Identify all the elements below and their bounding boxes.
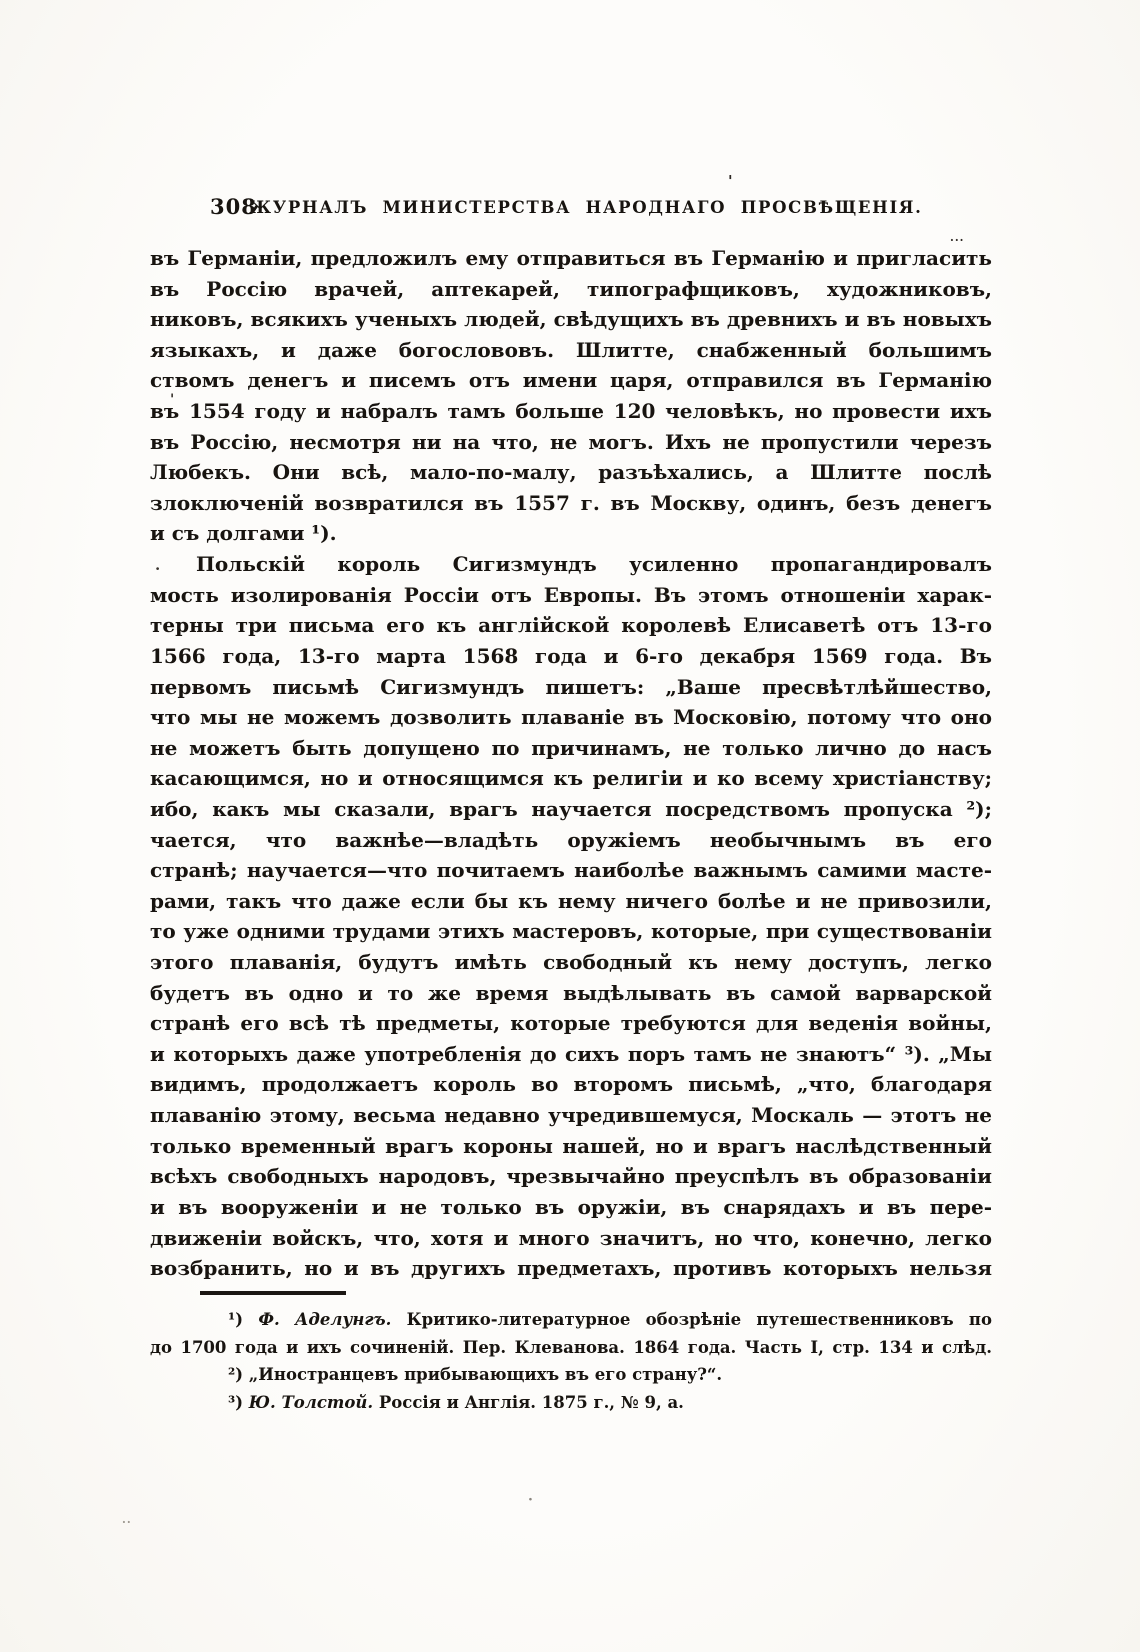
scan-artifact: ·· [122, 1516, 132, 1529]
text-line: терны три письма его къ англійской корол… [150, 610, 992, 641]
footnote-2: ²) „Иностранцевъ прибывающихъ въ его стр… [150, 1361, 992, 1389]
footnote-marker: ³) [228, 1393, 243, 1412]
text-line: языкахъ, и даже богослововъ. Шлитте, сна… [150, 335, 992, 366]
text-line: касающимся, но и относящимся къ религіи … [150, 763, 992, 794]
text-line: ибо, какъ мы сказали, врагъ научается по… [150, 794, 992, 825]
text-line: и которыхъ даже употребленія до сихъ пор… [150, 1039, 992, 1070]
text-line: будетъ въ одно и то же время выдѣлывать … [150, 978, 992, 1009]
text-line: движеніи войскъ, что, хотя и много значи… [150, 1223, 992, 1254]
text-line: не можетъ быть допущено по причинамъ, не… [150, 733, 992, 764]
text-line: рами, такъ что даже если бы къ нему ниче… [150, 886, 992, 917]
scan-artifact: ··· [950, 234, 965, 247]
paragraph-1: въ Германіи, предложилъ ему отправиться … [150, 243, 992, 549]
scan-artifact: . [155, 556, 160, 574]
scanned-book-page: { "page": { "number": "308", "journal_ti… [0, 0, 1140, 1652]
scan-artifact: ' [170, 392, 174, 408]
footnote-text: Россія и Англія. 1875 г., № 9, а. [379, 1393, 684, 1412]
text-line: первомъ письмѣ Сигизмундъ пишетъ: „Ваше … [150, 672, 992, 703]
text-line: плаванію этому, весьма недавно учредивше… [150, 1100, 992, 1131]
text-line: всѣхъ свободныхъ народовъ, чрезвычайно п… [150, 1161, 992, 1192]
text-line: странѣ его всѣ тѣ предметы, которые треб… [150, 1008, 992, 1039]
text-line: и съ долгами ¹). [150, 518, 992, 549]
body-text: въ Германіи, предложилъ ему отправиться … [150, 243, 992, 1284]
footnote-marker: ¹) [228, 1310, 243, 1329]
text-line: Польскій король Сигизмундъ усиленно проп… [150, 549, 992, 580]
text-line: видимъ, продолжаетъ король во второмъ пи… [150, 1069, 992, 1100]
text-line: въ Германіи, предложилъ ему отправиться … [150, 243, 992, 274]
footnotes: ¹) Ф. Аделунгъ. Критико-литературное обо… [150, 1306, 992, 1416]
text-line: только временный врагъ короны нашей, но … [150, 1131, 992, 1162]
footnote-separator [200, 1291, 346, 1295]
footnote-marker: ²) [228, 1365, 243, 1384]
journal-title: ЖУРНАЛЪ МИНИСТЕРСТВА НАРОДНАГО ПРОСВѢЩЕН… [180, 198, 992, 217]
text-line: и въ вооруженіи и не только въ оружіи, в… [150, 1192, 992, 1223]
footnote-1-line-1: ¹) Ф. Аделунгъ. Критико-литературное обо… [150, 1306, 992, 1334]
text-line: возбранить, но и въ другихъ предметахъ, … [150, 1253, 992, 1284]
text-line: этого плаванія, будутъ имѣть свободный к… [150, 947, 992, 978]
text-line: въ Россію, несмотря ни на что, не могъ. … [150, 427, 992, 458]
footnote-author: Ю. Толстой. [249, 1393, 373, 1412]
text-line: то уже одними трудами этихъ мастеровъ, к… [150, 916, 992, 947]
text-line: мость изолированія Россіи отъ Европы. Въ… [150, 580, 992, 611]
text-line: никовъ, всякихъ ученыхъ людей, свѣдущихъ… [150, 304, 992, 335]
scan-artifact: · [528, 1492, 533, 1508]
text-line: что мы не можемъ дозволить плаваніе въ М… [150, 702, 992, 733]
text-line: въ 1554 году и набралъ тамъ больше 120 ч… [150, 396, 992, 427]
scan-artifact: ' [728, 172, 733, 190]
text-line: ствомъ денегъ и писемъ отъ имени царя, о… [150, 365, 992, 396]
footnote-1-line-2: до 1700 года и ихъ сочиненій. Пер. Клева… [150, 1334, 992, 1362]
text-line: Любекъ. Они всѣ, мало-по-малу, разъѣхали… [150, 457, 992, 488]
text-line: 1566 года, 13-го марта 1568 года и 6-го … [150, 641, 992, 672]
text-line: странѣ; научается—что почитаемъ наиболѣе… [150, 855, 992, 886]
text-line: въ Россію врачей, аптекарей, типографщик… [150, 274, 992, 305]
paragraph-2: Польскій король Сигизмундъ усиленно проп… [150, 549, 992, 1284]
text-line: чается, что важнѣе—владѣть оружіемъ необ… [150, 825, 992, 856]
footnote-text: „Иностранцевъ прибывающихъ въ его страну… [249, 1365, 722, 1384]
footnote-3: ³) Ю. Толстой. Россія и Англія. 1875 г.,… [150, 1389, 992, 1417]
footnote-author: Ф. Аделунгъ. [258, 1310, 391, 1329]
page-header: 308 ЖУРНАЛЪ МИНИСТЕРСТВА НАРОДНАГО ПРОСВ… [150, 194, 992, 222]
text-line: злоключеній возвратился въ 1557 г. въ Мо… [150, 488, 992, 519]
